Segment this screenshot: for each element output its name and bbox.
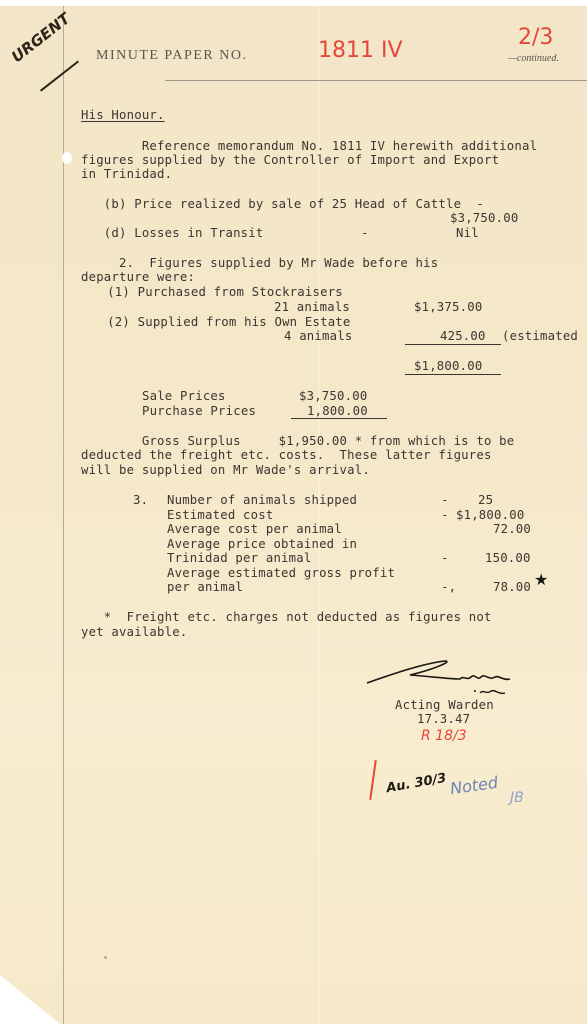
purchased-label: (1) Purchased from Stockraisers xyxy=(92,285,343,300)
section-2-total: $1,800.00 xyxy=(414,359,482,374)
own-estate-qty: 4 animals xyxy=(284,329,352,344)
item-b-label: (b) Price realized by sale of 25 Head of… xyxy=(81,197,484,212)
s3-dash-6: -, xyxy=(441,580,456,595)
s3-value-4: 150.00 xyxy=(485,551,531,566)
continued-label: —continued. xyxy=(508,53,559,64)
item-d-dash: - xyxy=(361,226,369,241)
minute-paper-page: URGENT MINUTE PAPER NO. 1811 IV 2/3 —con… xyxy=(0,0,587,1024)
own-estate-label: (2) Supplied from his Own Estate xyxy=(92,315,351,330)
minute-paper-title: MINUTE PAPER NO. xyxy=(96,48,247,64)
s3-dash-0: - xyxy=(441,493,449,508)
gross-surplus-line-3: will be supplied on Mr Wade's arrival. xyxy=(81,463,370,478)
purchase-prices-label: Purchase Prices xyxy=(142,404,256,419)
reference-number-annotation: 1811 IV xyxy=(318,38,403,63)
intro-line-3: in Trinidad. xyxy=(81,167,172,182)
page-number-annotation: 2/3 xyxy=(518,25,553,50)
section-2-heading-2: departure were: xyxy=(81,270,195,285)
item-b-value: $3,750.00 xyxy=(450,211,518,226)
item-d-value: Nil xyxy=(456,226,479,241)
own-estate-value: 425.00 xyxy=(440,329,486,344)
intro-line-2: figures supplied by the Controller of Im… xyxy=(81,153,499,168)
s3-dash-4: - xyxy=(441,551,449,566)
signatory-title: Acting Warden xyxy=(395,698,494,713)
s3-value-1: $1,800.00 xyxy=(456,508,524,523)
black-note-annotation: Au. 30/3 xyxy=(385,771,447,796)
s3-value-2: 72.00 xyxy=(493,522,531,537)
foxing-spot xyxy=(104,956,107,959)
purchase-prices-value: 1,800.00 xyxy=(307,404,368,419)
footnote-line-2: yet available. xyxy=(81,625,187,640)
s3-label-2: Average cost per animal xyxy=(167,522,342,537)
s3-label-6: per animal xyxy=(167,580,243,595)
s3-label-4: Trinidad per animal xyxy=(167,551,311,566)
s3-value-6: 78.00 xyxy=(493,580,531,595)
sale-prices-value: $3,750.00 xyxy=(299,389,367,404)
s3-label-0: Number of animals shipped xyxy=(167,493,357,508)
gross-surplus-line-1: Gross Surplus $1,950.00 * from which is … xyxy=(81,434,514,449)
signature-date: 17.3.47 xyxy=(417,712,470,727)
salutation: His Honour. xyxy=(81,108,165,123)
summary-rule xyxy=(291,418,387,419)
s3-dash-1: - xyxy=(441,508,449,523)
s3-label-1: Estimated cost xyxy=(167,508,273,523)
blue-initials-annotation: JB xyxy=(510,790,524,806)
gross-surplus-line-2: deducted the freight etc. costs. These l… xyxy=(81,448,492,463)
own-estate-note: (estimated xyxy=(502,329,578,344)
footnote-line-1: * Freight etc. charges not deducted as f… xyxy=(81,610,492,625)
asterisk-mark-icon: ★ xyxy=(534,570,548,589)
blue-noted-annotation: Noted xyxy=(449,773,499,798)
s3-value-0: 25 xyxy=(478,493,493,508)
subtotal-rule xyxy=(405,344,501,345)
urgent-underline xyxy=(40,60,79,91)
purchased-value: $1,375.00 xyxy=(414,300,482,315)
purchased-qty: 21 animals xyxy=(274,300,350,315)
sale-prices-label: Sale Prices xyxy=(142,389,226,404)
s3-label-3: Average price obtained in xyxy=(167,537,357,552)
section-3-number: 3. xyxy=(133,493,148,508)
red-margin-stroke xyxy=(369,760,377,800)
red-initials-annotation: R 18/3 xyxy=(421,728,467,744)
item-d-label: (d) Losses in Transit xyxy=(81,226,263,241)
total-rule xyxy=(405,374,501,375)
header-rule xyxy=(165,80,587,81)
punch-hole xyxy=(62,152,72,164)
section-2-heading-1: 2. Figures supplied by Mr Wade before hi… xyxy=(81,256,438,271)
s3-label-5: Average estimated gross profit xyxy=(167,566,395,581)
intro-line-1: Reference memorandum No. 1811 IV herewit… xyxy=(81,139,537,154)
